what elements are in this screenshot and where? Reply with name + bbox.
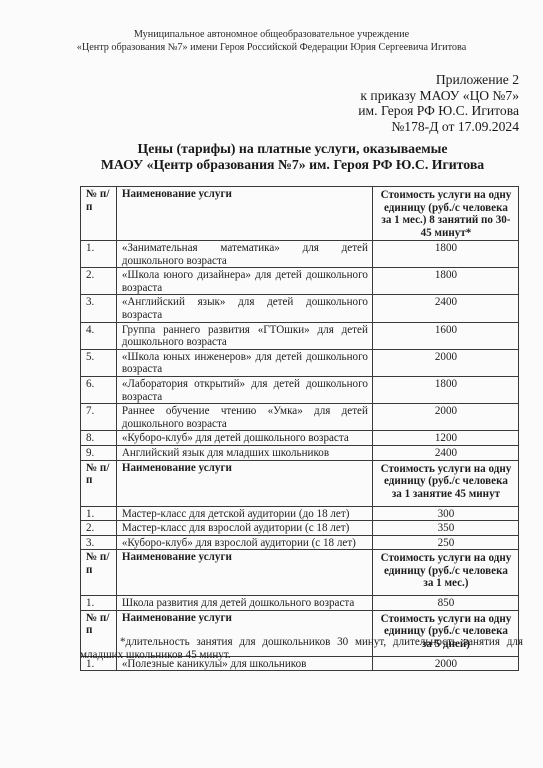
header-price: Стоимость услуги на одну единицу (руб./с… [372, 460, 518, 506]
cell-price: 1800 [372, 241, 518, 268]
header-num: № п/п [81, 550, 117, 596]
cell-name: Школа развития для детей дошкольного воз… [116, 596, 372, 611]
cell-name: «Школа юных инженеров» для детей дошколь… [116, 349, 372, 376]
cell-price: 350 [372, 521, 518, 536]
cell-name: «Куборо-клуб» для взрослой аудитории (с … [116, 535, 372, 550]
cell-name: Группа раннего развития «ГТОшки» для дет… [116, 322, 372, 349]
section-header-row: № п/пНаименование услугиСтоимость услуги… [81, 550, 519, 596]
document-title: Цены (тарифы) на платные услуги, оказыва… [0, 141, 543, 173]
appendix-reference: Приложение 2 к приказу МАОУ «ЦО №7» им. … [358, 72, 519, 134]
header-num: № п/п [81, 187, 117, 241]
cell-num: 2. [81, 268, 117, 295]
table-row: 2.Мастер-класс для взрослой аудитории (с… [81, 521, 519, 536]
header-name: Наименование услуги [116, 550, 372, 596]
table-row: 2.«Школа юного дизайнера» для детей дошк… [81, 268, 519, 295]
table-row: 3.«Английский язык» для детей дошкольног… [81, 295, 519, 322]
cell-price: 2000 [372, 349, 518, 376]
section-header-row: № п/пНаименование услугиСтоимость услуги… [81, 460, 519, 506]
cell-price: 1800 [372, 376, 518, 403]
appendix-number: Приложение 2 [358, 72, 519, 88]
price-table-body: № п/пНаименование услугиСтоимость услуги… [81, 187, 519, 671]
header-price: Стоимость услуги на одну единицу (руб./с… [372, 187, 518, 241]
cell-num: 4. [81, 322, 117, 349]
header-name: Наименование услуги [116, 460, 372, 506]
section-header-row: № п/пНаименование услугиСтоимость услуги… [81, 187, 519, 241]
cell-num: 5. [81, 349, 117, 376]
header-price: Стоимость услуги на одну единицу (руб./с… [372, 550, 518, 596]
title-line-1: Цены (тарифы) на платные услуги, оказыва… [0, 141, 543, 157]
cell-name: Раннее обучение чтению «Умка» для детей … [116, 404, 372, 431]
cell-num: 3. [81, 295, 117, 322]
cell-name: Мастер-класс для детской аудитории (до 1… [116, 506, 372, 521]
table-row: 1.Школа развития для детей дошкольного в… [81, 596, 519, 611]
cell-name: Мастер-класс для взрослой аудитории (с 1… [116, 521, 372, 536]
cell-price: 250 [372, 535, 518, 550]
cell-name: «Лаборатория открытий» для детей дошколь… [116, 376, 372, 403]
header-num: № п/п [81, 460, 117, 506]
cell-num: 9. [81, 445, 117, 460]
organization-name: «Центр образования №7» имени Героя Росси… [0, 41, 543, 54]
appendix-order-number: №178-Д от 17.09.2024 [358, 119, 519, 135]
title-line-2: МАОУ «Центр образования №7» им. Героя РФ… [0, 157, 543, 173]
table-row: 9.Английский язык для младших школьников… [81, 445, 519, 460]
table-row: 1.«Занимательная математика» для детей д… [81, 241, 519, 268]
appendix-order: к приказу МАОУ «ЦО №7» [358, 88, 519, 104]
cell-num: 3. [81, 535, 117, 550]
table-row: 7.Раннее обучение чтению «Умка» для дете… [81, 404, 519, 431]
organization-header: Муниципальное автономное общеобразовател… [0, 28, 543, 54]
cell-name: «Занимательная математика» для детей дош… [116, 241, 372, 268]
cell-name: «Школа юного дизайнера» для детей дошкол… [116, 268, 372, 295]
cell-price: 2000 [372, 404, 518, 431]
cell-price: 1200 [372, 431, 518, 446]
table-row: 1.Мастер-класс для детской аудитории (до… [81, 506, 519, 521]
cell-price: 300 [372, 506, 518, 521]
cell-num: 1. [81, 596, 117, 611]
cell-name: Английский язык для младших школьников [116, 445, 372, 460]
table-row: 3.«Куборо-клуб» для взрослой аудитории (… [81, 535, 519, 550]
price-table: № п/пНаименование услугиСтоимость услуги… [80, 186, 519, 671]
table-row: 5.«Школа юных инженеров» для детей дошко… [81, 349, 519, 376]
cell-num: 7. [81, 404, 117, 431]
cell-price: 2400 [372, 295, 518, 322]
organization-type: Муниципальное автономное общеобразовател… [0, 28, 543, 41]
footnote: *длительность занятия для дошкольников 3… [80, 636, 523, 662]
cell-price: 2400 [372, 445, 518, 460]
cell-price: 1600 [372, 322, 518, 349]
cell-num: 1. [81, 241, 117, 268]
table-row: 8.«Куборо-клуб» для детей дошкольного во… [81, 431, 519, 446]
cell-name: «Куборо-клуб» для детей дошкольного возр… [116, 431, 372, 446]
cell-num: 6. [81, 376, 117, 403]
appendix-org: им. Героя РФ Ю.С. Игитова [358, 103, 519, 119]
cell-price: 1800 [372, 268, 518, 295]
header-name: Наименование услуги [116, 187, 372, 241]
cell-num: 2. [81, 521, 117, 536]
cell-price: 850 [372, 596, 518, 611]
cell-num: 1. [81, 506, 117, 521]
table-row: 4.Группа раннего развития «ГТОшки» для д… [81, 322, 519, 349]
table-row: 6.«Лаборатория открытий» для детей дошко… [81, 376, 519, 403]
cell-num: 8. [81, 431, 117, 446]
cell-name: «Английский язык» для детей дошкольного … [116, 295, 372, 322]
